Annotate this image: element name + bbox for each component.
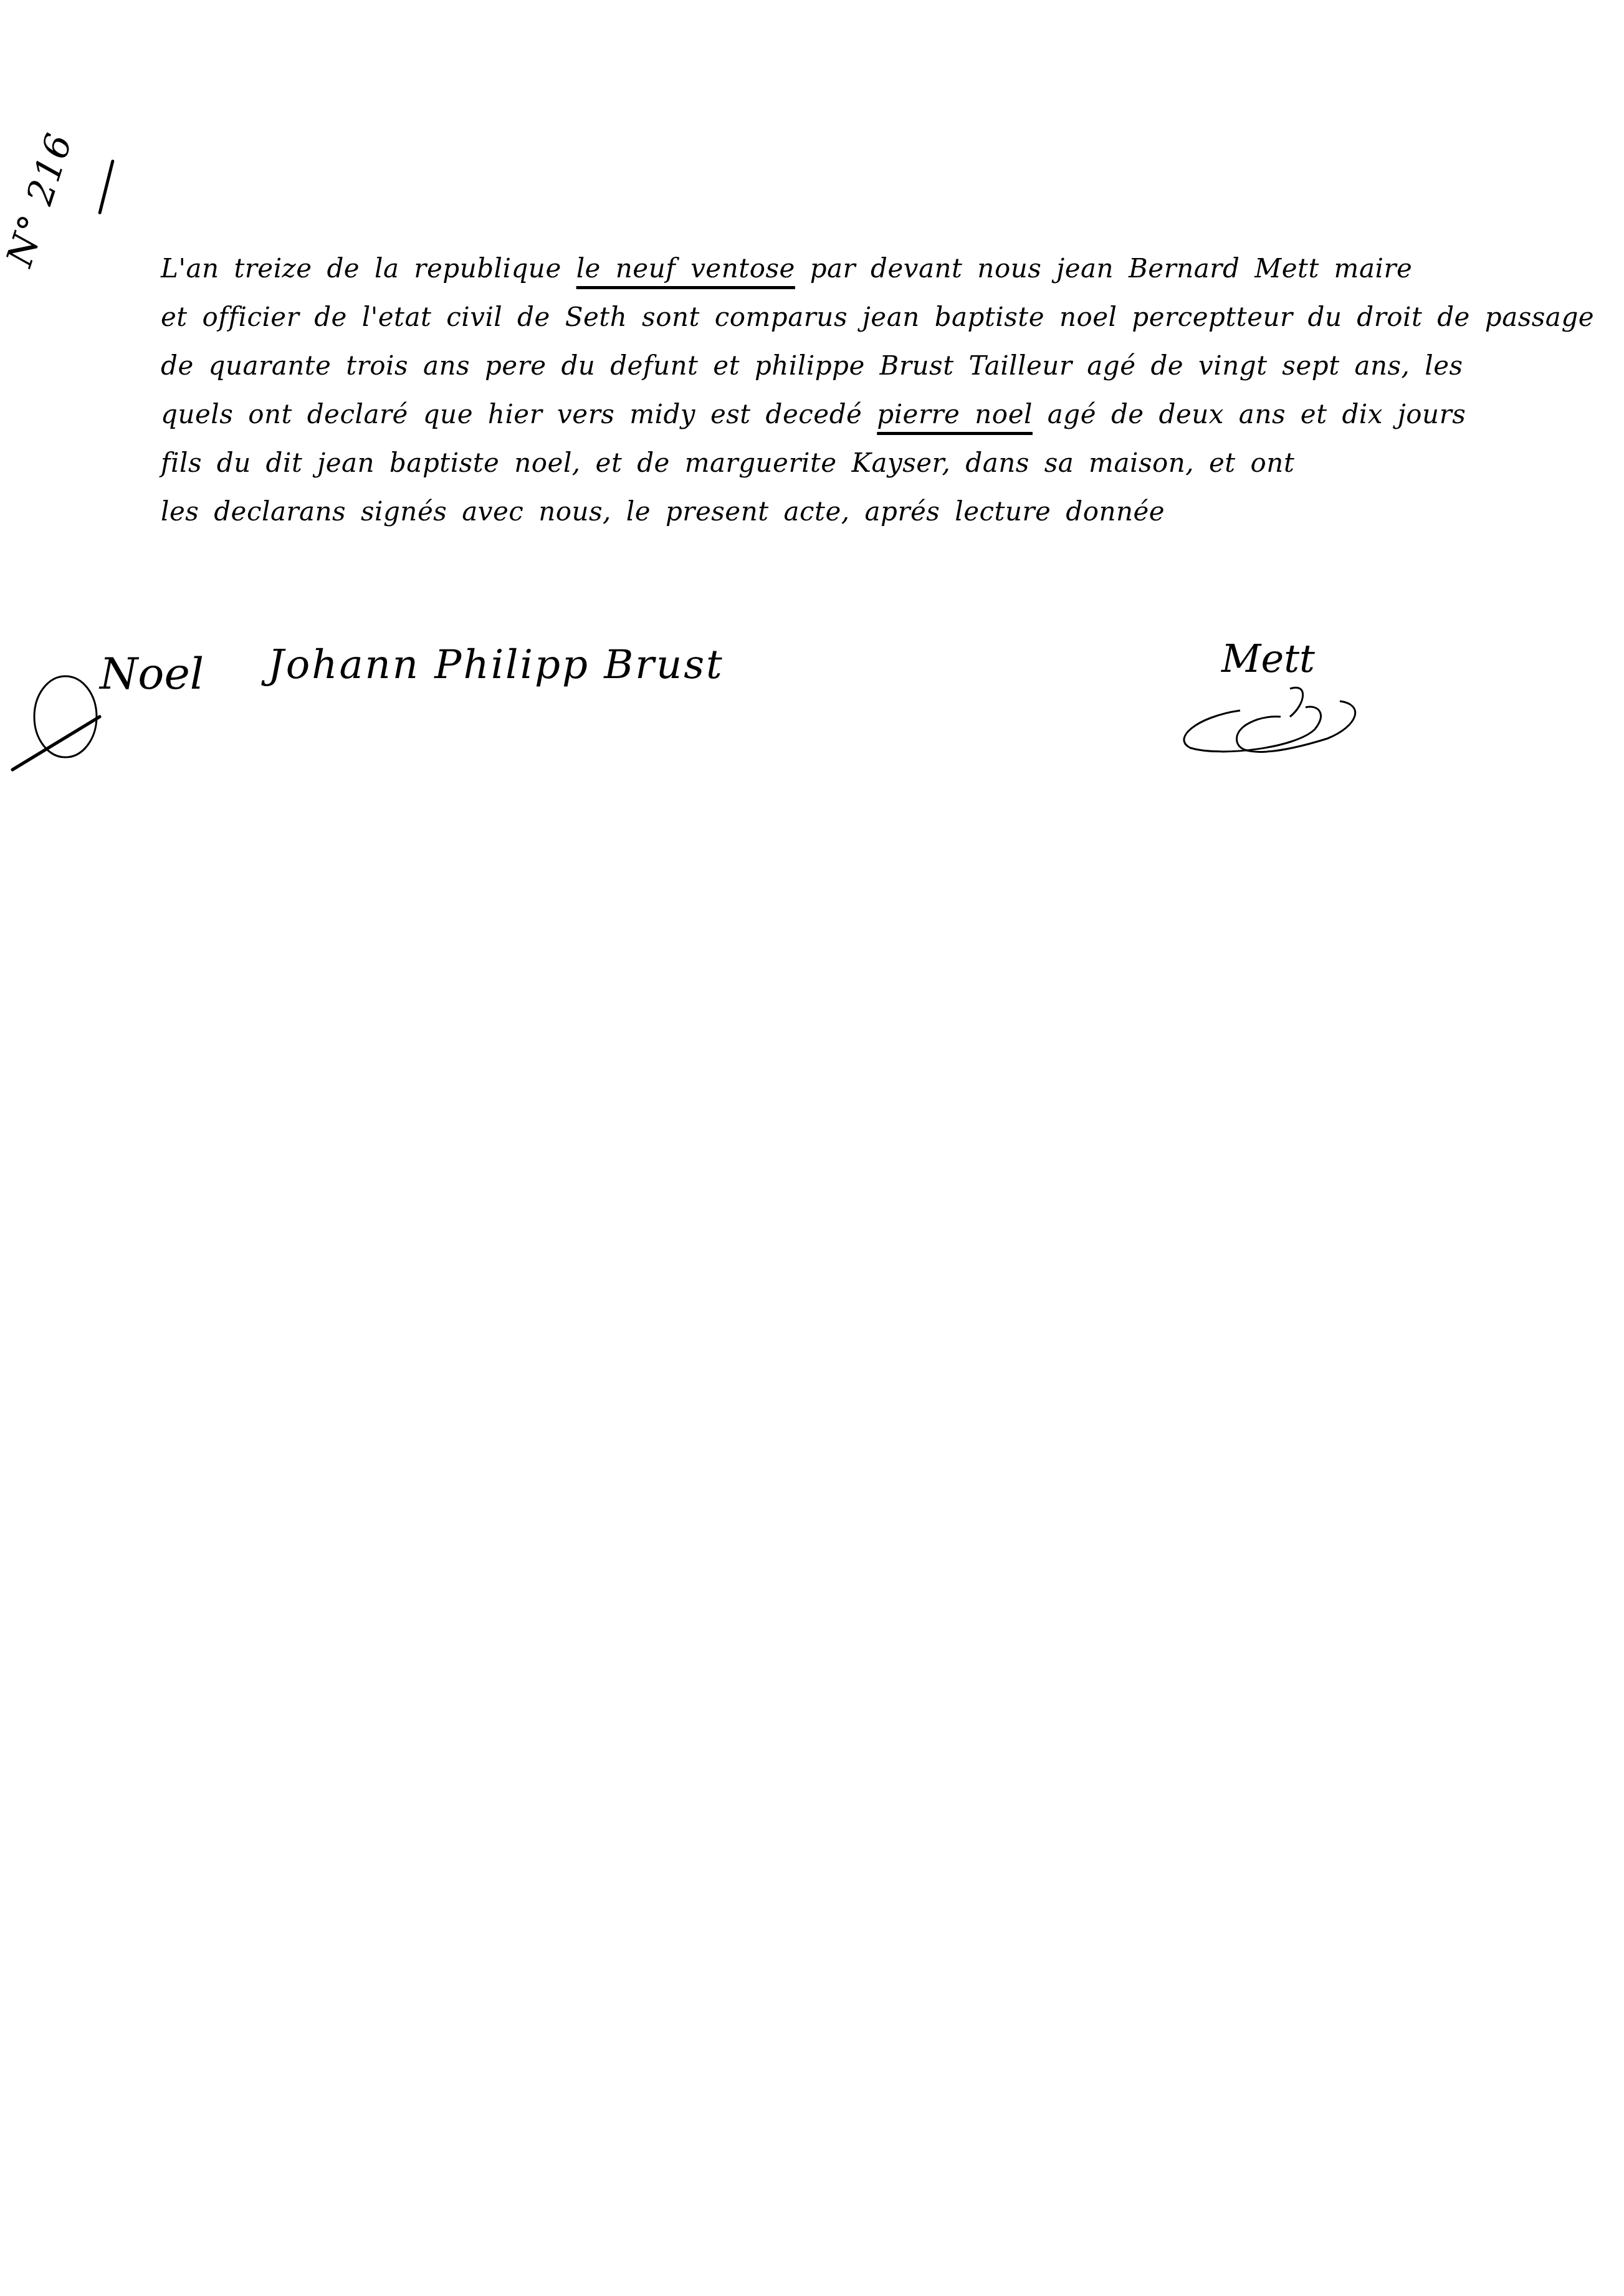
- text-segment: et officier de l'etat civil de Seth sont…: [161, 302, 1594, 332]
- signature-mayor: Mett: [1221, 636, 1315, 681]
- date-underlined: le neuf ventose: [576, 253, 795, 284]
- record-number: N° 216: [1, 129, 132, 289]
- text-line-4: quels ont declaré que hier vers midy est…: [161, 390, 1588, 439]
- text-line-1: L'an treize de la republique le neuf ven…: [161, 244, 1588, 293]
- deceased-name-underlined: pierre noel: [877, 399, 1033, 429]
- document-page: N° 216 L'an treize de la republique le n…: [0, 0, 1624, 2296]
- text-segment: les declarans signés avec nous, le prese…: [161, 496, 1165, 527]
- signature-paraph-icon: [1172, 679, 1371, 760]
- signature-noel: Noel: [100, 648, 204, 699]
- text-segment: de quarante trois ans pere du defunt et …: [161, 350, 1463, 381]
- text-segment: fils du dit jean baptiste noel, et de ma…: [161, 447, 1294, 478]
- text-line-5: fils du dit jean baptiste noel, et de ma…: [161, 439, 1588, 487]
- text-segment: quels ont declaré que hier vers midy est…: [161, 399, 877, 429]
- text-segment: L'an treize de la republique: [161, 253, 576, 284]
- text-line-3: de quarante trois ans pere du defunt et …: [161, 342, 1588, 390]
- text-line-2: et officier de l'etat civil de Seth sont…: [161, 293, 1588, 342]
- text-line-6: les declarans signés avec nous, le prese…: [161, 487, 1588, 536]
- text-segment: par devant nous jean Bernard Mett maire: [795, 253, 1413, 284]
- text-segment: agé de deux ans et dix jours: [1033, 399, 1466, 429]
- signature-brust: Johann Philipp Brust: [268, 642, 724, 688]
- signatures-block: Noel Johann Philipp Brust Mett: [0, 623, 1624, 785]
- record-body: L'an treize de la republique le neuf ven…: [161, 244, 1588, 536]
